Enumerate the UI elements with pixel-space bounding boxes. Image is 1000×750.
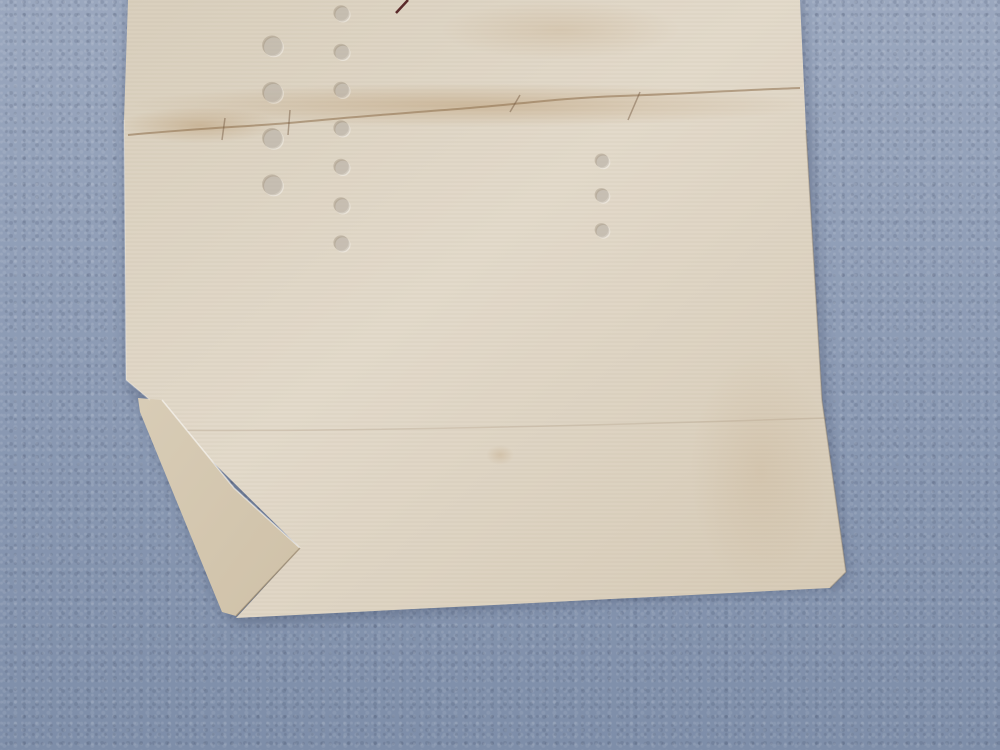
aged-paper-sheet — [0, 0, 1000, 750]
embossed-text-column-1: ● ● ● ● — [258, 30, 288, 220]
embossed-text-column-2: ● ● ● ● ● ● ● — [330, 0, 354, 320]
ink-mark — [392, 0, 412, 14]
embossed-text-column-3: ● ● ● — [592, 150, 613, 300]
photo-scene: ● ● ● ● ● ● ● ● ● ● ● ● ● ● — [0, 0, 1000, 750]
